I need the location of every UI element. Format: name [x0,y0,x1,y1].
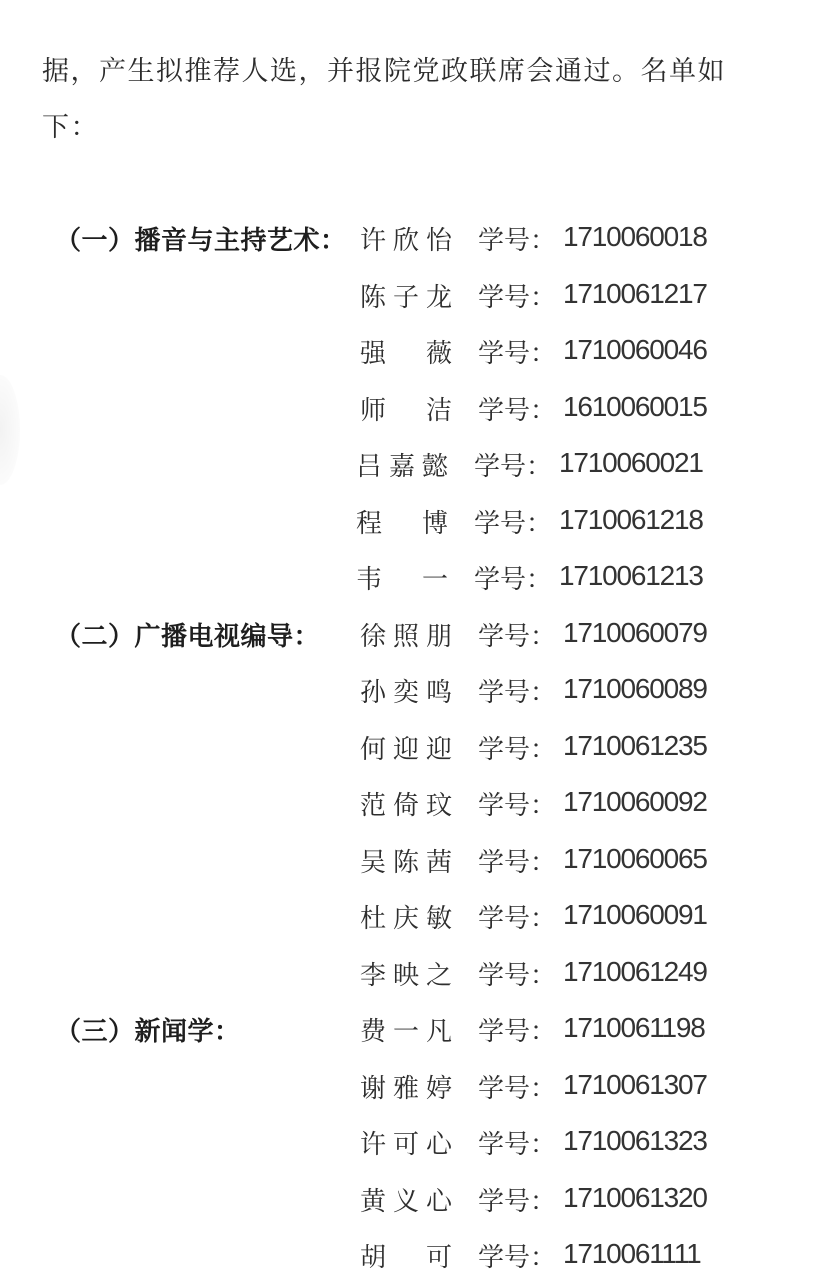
category-label: （一）播音与主持艺术： [55,220,347,257]
student-id-label: 学号： [478,1124,556,1161]
student-id-label: 学号： [478,390,556,427]
student-name: 范倚玟 [360,785,452,822]
list-item: 陈子龙 学号： 1710061217 [0,265,819,322]
student-name: 许可心 [360,1124,452,1161]
list-item: 吴陈茜 学号： 1710060065 [0,830,819,887]
student-name: 何迎迎 [360,729,452,766]
intro-line-2: 下： [42,100,802,156]
student-name: 程 博 [356,503,448,540]
student-name: 陈子龙 [360,277,452,314]
list-item: 杜庆敏 学号： 1710060091 [0,886,819,943]
student-id: 1710061307 [563,1069,707,1101]
student-id: 1710061218 [559,504,703,536]
list-item: 范倚玟 学号： 1710060092 [0,773,819,830]
student-id: 1710060046 [563,334,707,366]
list-item: 强 薇 学号： 1710060046 [0,321,819,378]
student-id-label: 学号： [478,729,556,766]
student-name: 吴陈茜 [360,842,452,879]
student-id: 1710060065 [563,843,707,875]
student-id: 1710061198 [563,1012,705,1044]
list-item: 黄义心 学号： 1710061320 [0,1169,819,1226]
student-id: 1710061320 [563,1182,707,1214]
student-id-label: 学号： [474,446,552,483]
student-name: 徐照朋 [360,616,452,653]
student-id: 1710060089 [563,673,707,705]
list-item: 何迎迎 学号： 1710061235 [0,717,819,774]
list-item: （三）新闻学： 费一凡 学号： 1710061198 [0,999,819,1056]
student-name: 黄义心 [360,1181,452,1218]
student-name: 师 洁 [360,390,452,427]
student-name: 孙奕鸣 [360,672,452,709]
category-label: （二）广播电视编导： [55,616,320,653]
student-name: 胡 可 [360,1237,452,1274]
list-item: （二）广播电视编导： 徐照朋 学号： 1710060079 [0,604,819,661]
student-name: 强 薇 [360,333,452,370]
student-id-label: 学号： [478,1237,556,1274]
student-id-label: 学号： [478,955,556,992]
list-item: 李映之 学号： 1710061249 [0,943,819,1000]
student-id-label: 学号： [478,1068,556,1105]
student-id: 1710061217 [563,278,707,310]
student-name: 吕嘉懿 [356,446,448,483]
student-id: 1710060021 [559,447,703,479]
list-item: 师 洁 学号： 1610060015 [0,378,819,435]
student-id: 1710060018 [563,221,707,253]
intro-paragraph: 据，产生拟推荐人选，并报院党政联席会通过。名单如 下： [42,44,802,156]
list-item: 韦 一 学号： 1710061213 [0,547,819,604]
student-id-label: 学号： [478,277,556,314]
intro-line-1: 据，产生拟推荐人选，并报院党政联席会通过。名单如 [42,44,802,100]
student-id: 1610060015 [563,391,707,423]
student-id: 1710061111 [563,1238,701,1270]
student-id-label: 学号： [478,898,556,935]
nominee-list: （一）播音与主持艺术： 许欣怡 学号： 1710060018 陈子龙 学号： 1… [0,208,819,1277]
student-id-label: 学号： [478,616,556,653]
student-id-label: 学号： [478,785,556,822]
list-item: 许可心 学号： 1710061323 [0,1112,819,1169]
student-id: 1710060079 [563,617,707,649]
student-id-label: 学号： [478,333,556,370]
student-id-label: 学号： [474,559,552,596]
student-id-label: 学号： [478,672,556,709]
list-item: 孙奕鸣 学号： 1710060089 [0,660,819,717]
student-name: 杜庆敏 [360,898,452,935]
category-label: （三）新闻学： [55,1011,241,1048]
student-id-label: 学号： [474,503,552,540]
student-name: 许欣怡 [360,220,452,257]
student-name: 韦 一 [356,559,448,596]
list-item: 吕嘉懿 学号： 1710060021 [0,434,819,491]
student-name: 李映之 [360,955,452,992]
list-item: 谢雅婷 学号： 1710061307 [0,1056,819,1113]
student-id-label: 学号： [478,220,556,257]
list-item: （一）播音与主持艺术： 许欣怡 学号： 1710060018 [0,208,819,265]
student-id: 1710060091 [563,899,707,931]
list-item: 程 博 学号： 1710061218 [0,491,819,548]
student-id: 1710061323 [563,1125,707,1157]
student-id: 1710061213 [559,560,703,592]
student-id-label: 学号： [478,1011,556,1048]
student-name: 费一凡 [360,1011,452,1048]
student-id-label: 学号： [478,842,556,879]
list-item: 胡 可 学号： 1710061111 [0,1225,819,1277]
student-id: 1710060092 [563,786,707,818]
student-name: 谢雅婷 [360,1068,452,1105]
student-id: 1710061249 [563,956,707,988]
student-id: 1710061235 [563,730,707,762]
student-id-label: 学号： [478,1181,556,1218]
